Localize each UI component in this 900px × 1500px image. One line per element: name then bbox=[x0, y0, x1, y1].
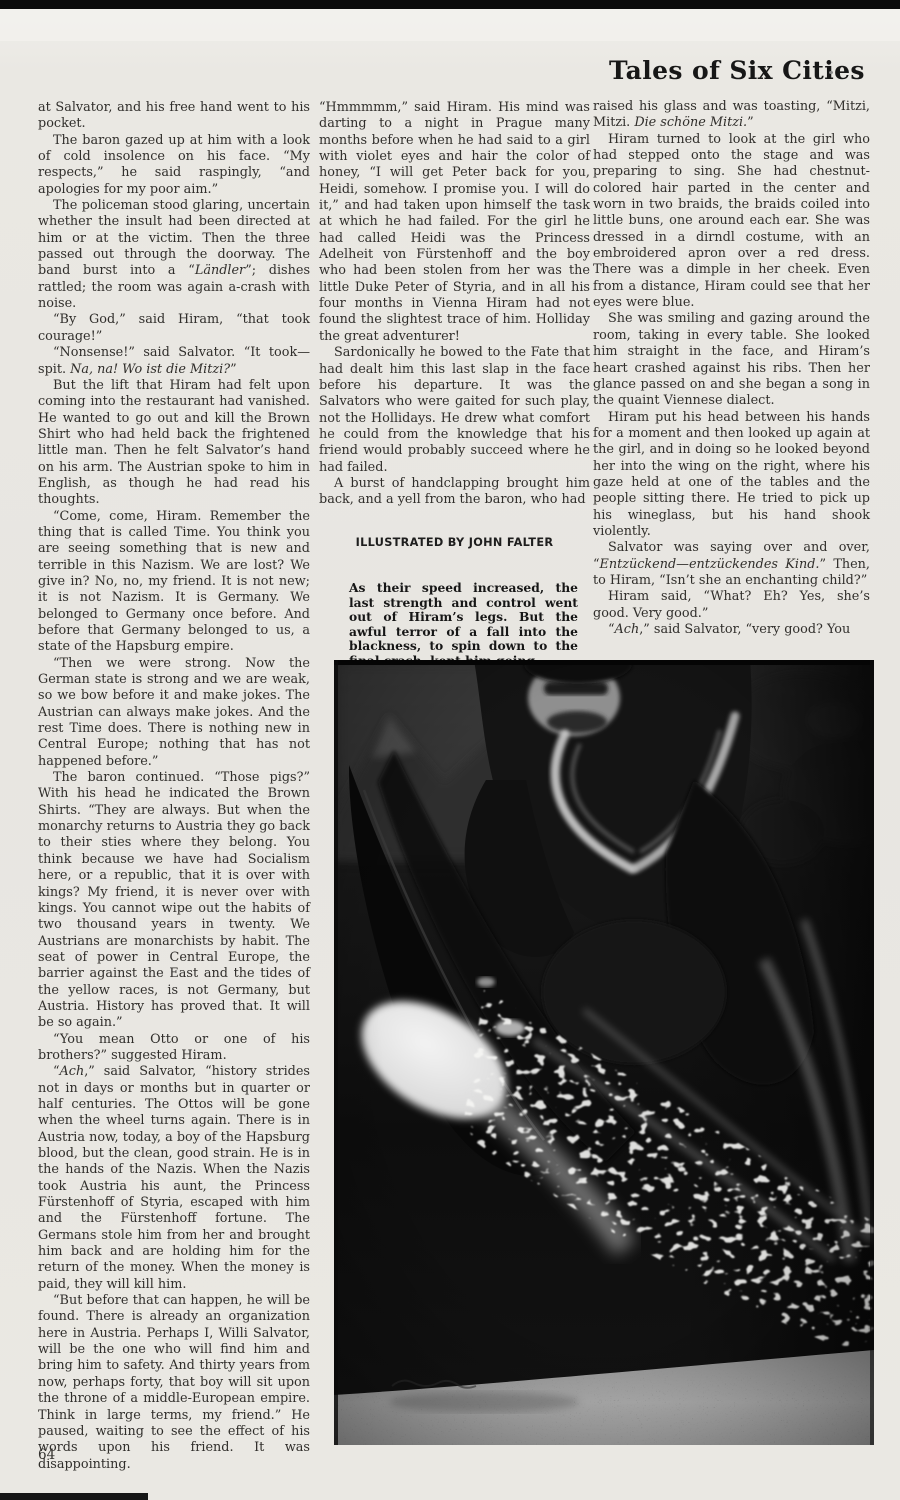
paragraph: “But before that can happen, he will be … bbox=[38, 1293, 310, 1473]
text-column-3: raised his glass and was toasting, “Mitz… bbox=[593, 99, 870, 638]
paragraph: The baron gazed up at him with a look of… bbox=[38, 133, 310, 198]
illustration-caption: As their speed increased, the last stren… bbox=[349, 581, 578, 669]
page-number: 64 bbox=[38, 1447, 55, 1463]
painting-right-edge bbox=[870, 660, 874, 1445]
ink-dot bbox=[829, 71, 833, 74]
magazine-page: Tales of Six Cities at Salvator, and his… bbox=[0, 0, 900, 1500]
paragraph: “Ach,” said Salvator, “very good? You bbox=[593, 622, 870, 638]
paragraph: raised his glass and was toasting, “Mitz… bbox=[593, 99, 870, 132]
page-top-margin bbox=[0, 9, 900, 41]
paragraph: Salvator was saying over and over, “Entz… bbox=[593, 540, 870, 589]
text-column-1: at Salvator, and his free hand went to h… bbox=[38, 100, 310, 1473]
paragraph: Hiram turned to look at the girl who had… bbox=[593, 132, 870, 312]
illustration-credit: ILLUSTRATED BY JOHN FALTER bbox=[319, 535, 590, 551]
page-title: Tales of Six Cities bbox=[609, 56, 865, 85]
paragraph: “Then we were strong. Now the German sta… bbox=[38, 656, 310, 770]
paragraph: Sardonically he bowed to the Fate that h… bbox=[319, 345, 590, 476]
paragraph: A burst of handclapping brought him back… bbox=[319, 476, 590, 509]
story-illustration bbox=[334, 660, 874, 1445]
scan-bottom-edge-bar bbox=[0, 1493, 148, 1500]
paragraph: She was smiling and gazing around the ro… bbox=[593, 311, 870, 409]
paragraph: at Salvator, and his free hand went to h… bbox=[38, 100, 310, 133]
paragraph: “Nonsense!” said Salvator. “It took—spit… bbox=[38, 345, 310, 378]
paragraph: The baron continued. “Those pigs?” With … bbox=[38, 770, 310, 1032]
paragraph: “Hmmmmm,” said Hiram. His mind was darti… bbox=[319, 100, 590, 345]
paragraph: “You mean Otto or one of his brothers?” … bbox=[38, 1032, 310, 1065]
paragraph: Hiram put his head between his hands for… bbox=[593, 410, 870, 541]
scan-top-edge-bar bbox=[0, 0, 900, 9]
painting-left-edge bbox=[334, 660, 338, 1445]
paragraph: “By God,” said Hiram, “that took courage… bbox=[38, 312, 310, 345]
paragraph: The policeman stood glaring, uncertain w… bbox=[38, 198, 310, 312]
text-column-2: “Hmmmmm,” said Hiram. His mind was darti… bbox=[319, 100, 590, 669]
paragraph: “Ach,” said Salvator, “history strides n… bbox=[38, 1064, 310, 1293]
paragraph: Hiram said, “What? Eh? Yes, she’s good. … bbox=[593, 589, 870, 622]
paragraph: But the lift that Hiram had felt upon co… bbox=[38, 378, 310, 509]
painting-top-edge bbox=[334, 660, 874, 665]
vignette bbox=[334, 660, 874, 1445]
paragraph: “Come, come, Hiram. Remember the thing t… bbox=[38, 509, 310, 656]
